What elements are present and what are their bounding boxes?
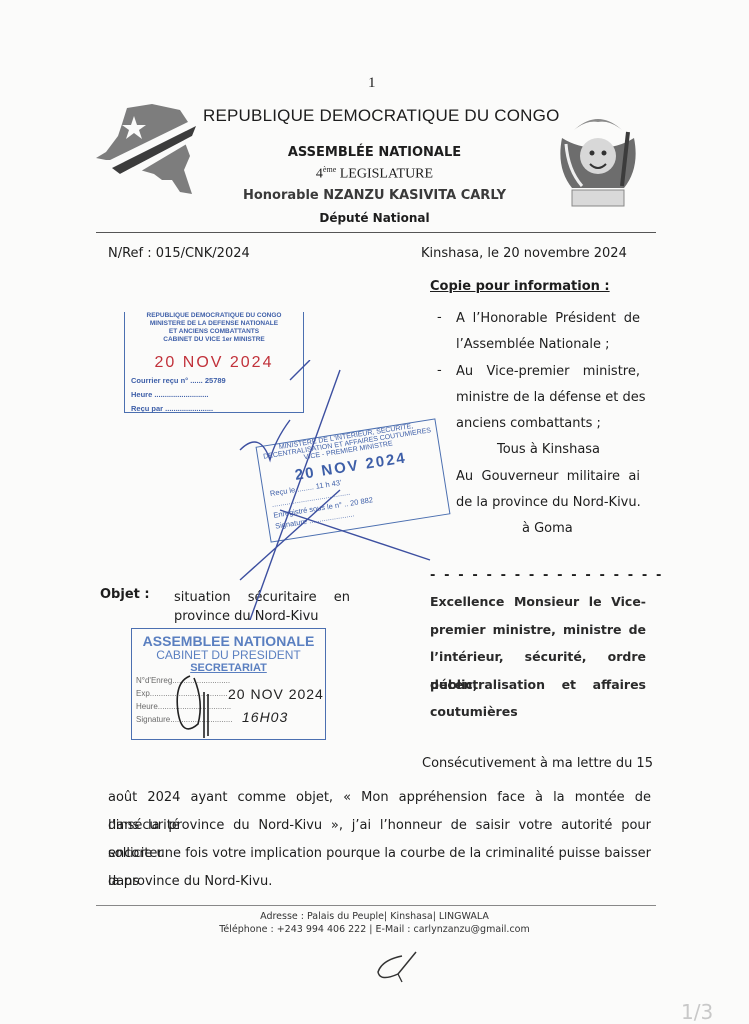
recipient-2-line-2: ministre de la défense et des <box>456 385 646 411</box>
footer-divider <box>96 905 656 906</box>
separator-dashes: - - - - - - - - - - - - - - - - - <box>430 568 663 583</box>
salutation: Excellence Monsieur le Vice- premier min… <box>430 588 646 726</box>
recipient-3-line-1: Au Gouverneur militaire ai <box>456 464 640 490</box>
signature-mark <box>170 672 220 742</box>
place-date: Kinshasa, le 20 novembre 2024 <box>421 246 627 261</box>
stamp-time: 16H03 <box>242 709 288 725</box>
initials-signature-icon <box>372 950 422 986</box>
body-paragraph: août 2024 ayant comme objet, « Mon appré… <box>108 784 651 896</box>
body-line: août 2024 ayant comme objet, « Mon appré… <box>108 784 651 812</box>
body-line: dans la province du Nord-Kivu », j’ai l’… <box>108 812 651 840</box>
body-line: encore une fois votre implication pourqu… <box>108 840 651 868</box>
copy-heading: Copie pour information : <box>430 279 610 294</box>
salutation-line: coutumières <box>430 698 646 726</box>
stamp-date: 20 NOV 2024 <box>228 686 324 702</box>
salutation-line: Excellence Monsieur le Vice- <box>430 588 646 616</box>
header-divider <box>96 232 656 233</box>
recipient-3-line-2: de la province du Nord-Kivu. <box>456 490 641 516</box>
assembly-secretariat-stamp: ASSEMBLEE NATIONALE CABINET DU PRESIDENT… <box>131 628 326 740</box>
page-indicator: 1/3 <box>681 1000 713 1024</box>
bullet: - <box>437 310 442 325</box>
recipient-2-line-1: Au Vice-premier ministre, <box>456 359 640 385</box>
recipient-2-line-3: anciens combattants ; <box>456 411 601 437</box>
country-title: REPUBLIQUE DEMOCRATIQUE DU CONGO <box>203 106 560 126</box>
salutation-line: décentralisation et affaires <box>430 671 646 699</box>
body-first-line: Consécutivement à ma lettre du 15 <box>422 756 653 771</box>
salutation-line: l’intérieur, sécurité, ordre public, <box>430 643 646 671</box>
body-line: la province du Nord-Kivu. <box>108 868 651 896</box>
recipient-1-line-1: A l’Honorable Président de <box>456 306 640 332</box>
recipient-1-line-2: l’Assemblée Nationale ; <box>456 332 610 358</box>
drc-coat-of-arms-icon <box>552 108 644 216</box>
reference-number: N/Ref : 015/CNK/2024 <box>108 246 250 261</box>
object-label: Objet : <box>100 587 150 602</box>
footer-contact: Téléphone : +243 994 406 222 | E-Mail : … <box>0 924 749 935</box>
recipients-location-kinshasa: Tous à Kinshasa <box>497 437 600 463</box>
footer-address: Adresse : Palais du Peuple| Kinshasa| LI… <box>0 911 749 922</box>
recipients-location-goma: à Goma <box>522 516 573 542</box>
salutation-line: premier ministre, ministre de <box>430 616 646 644</box>
page-number: 1 <box>368 75 376 92</box>
handwritten-annotations <box>180 360 460 620</box>
